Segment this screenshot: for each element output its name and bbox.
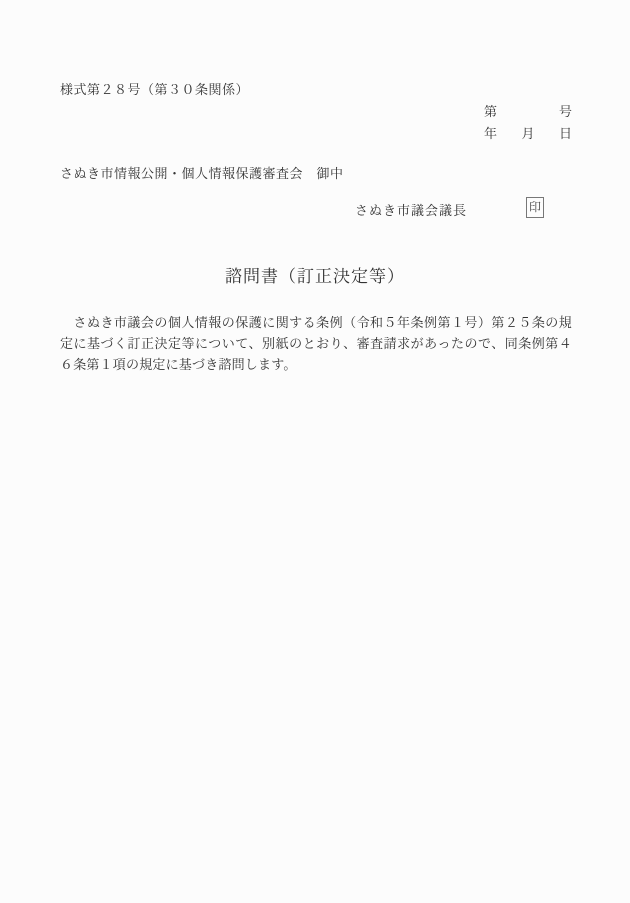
document-number-line: 第 号	[484, 101, 572, 120]
addressee: さぬき市情報公開・個人情報保護審査会 御中	[60, 163, 344, 182]
date-day-label: 日	[559, 123, 572, 142]
date-month-label: 月	[521, 123, 534, 142]
seal-placeholder: 印	[526, 197, 544, 218]
body-paragraph: さぬき市議会の個人情報の保護に関する条例（令和５年条例第１号）第２５条の規定に基…	[60, 312, 572, 375]
sender-title: さぬき市議会議長	[355, 200, 467, 219]
date-year-label: 年	[484, 123, 497, 142]
document-page: 様式第２８号（第３０条関係） 第 号 年 月 日 さぬき市情報公開・個人情報保護…	[0, 0, 630, 903]
date-line: 年 月 日	[484, 123, 572, 142]
form-number: 様式第２８号（第３０条関係）	[60, 79, 249, 98]
doc-number-suffix: 号	[559, 101, 572, 120]
doc-number-prefix: 第	[484, 101, 497, 120]
document-title: 諮問書（訂正決定等）	[0, 262, 630, 287]
